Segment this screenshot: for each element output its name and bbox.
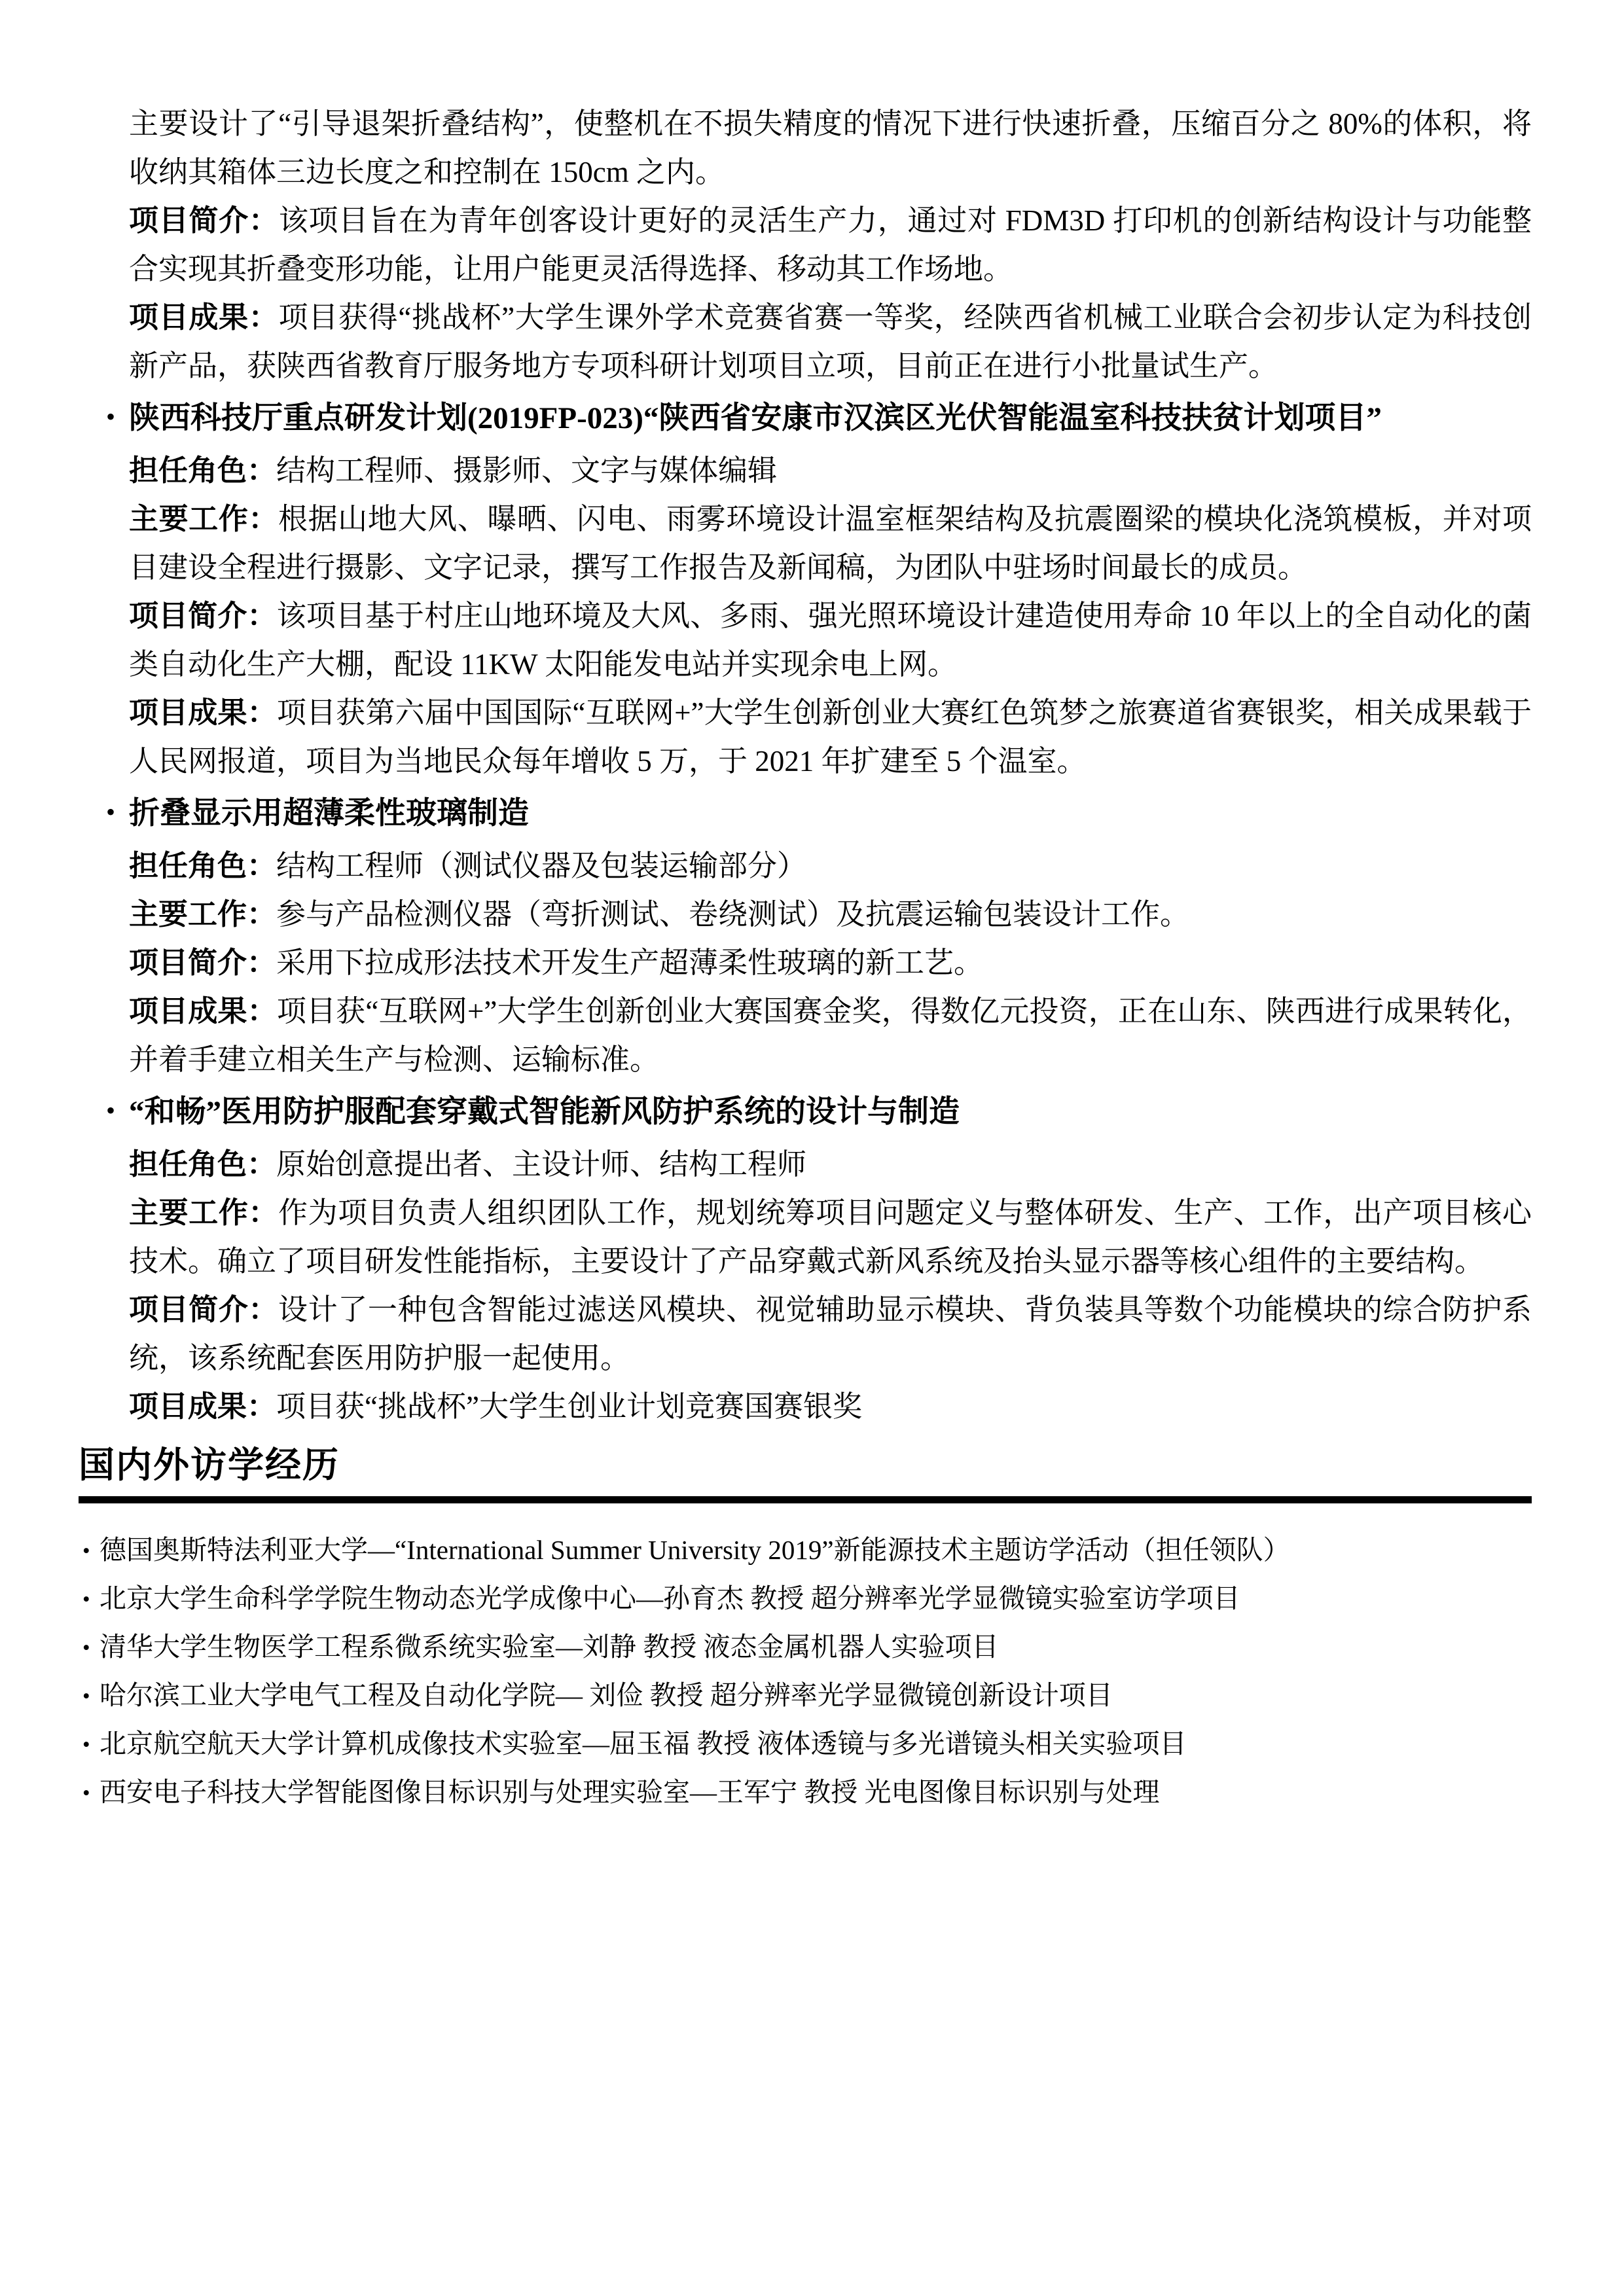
bullet-icon: • <box>106 1086 115 1135</box>
page-content: 主要设计了“引导退架折叠结构”，使整机在不损失精度的情况下进行快速折叠，压缩百分… <box>79 99 1532 1816</box>
list-item-text: 北京大学生命科学学院生物动态光学成像中心—孙育杰 教授 超分辨率光学显微镜实验室… <box>99 1583 1240 1613</box>
field-text: 原始创意提出者、主设计师、结构工程师 <box>276 1148 806 1181</box>
project-field: 项目成果：项目获第六届中国国际“互联网+”大学生创新创业大赛红色筑梦之旅赛道省赛… <box>129 689 1532 785</box>
visiting-list: •德国奥斯特法利亚大学—“International Summer Univer… <box>79 1526 1532 1816</box>
project-title-text: 折叠显示用超薄柔性玻璃制造 <box>129 797 529 831</box>
field-text: 项目获“互联网+”大学生创新创业大赛国赛金奖，得数亿元投资，正在山东、陕西进行成… <box>129 995 1532 1076</box>
field-label: 项目成果： <box>129 1390 276 1423</box>
bullet-icon: • <box>82 1769 90 1818</box>
list-item: •德国奥斯特法利亚大学—“International Summer Univer… <box>79 1526 1532 1574</box>
field-text: 设计了一种包含智能过滤送风模块、视觉辅助显示模块、背负装具等数个功能模块的综合防… <box>129 1293 1532 1374</box>
project-field: 项目成果：项目获“挑战杯”大学生创业计划竞赛国赛银奖 <box>129 1382 1532 1431</box>
field-text: 结构工程师、摄影师、文字与媒体编辑 <box>276 454 777 487</box>
project-field: 主要工作：根据山地大风、曝晒、闪电、雨雾环境设计温室框架结构及抗震圈梁的模块化浇… <box>129 495 1532 592</box>
bullet-icon: • <box>82 1721 90 1769</box>
field-label: 主要工作： <box>129 1196 278 1229</box>
project-title: •折叠显示用超薄柔性玻璃制造 <box>79 789 1532 838</box>
field-text: 参与产品检测仪器（弯折测试、卷绕测试）及抗震运输包装设计工作。 <box>276 898 1189 931</box>
list-item-text: 北京航空航天大学计算机成像技术实验室—屈玉福 教授 液体透镜与多光谱镜头相关实验… <box>99 1729 1187 1759</box>
field-text: 结构工程师（测试仪器及包装运输部分） <box>276 850 806 882</box>
project-field: 项目成果：项目获得“挑战杯”大学生课外学术竞赛省赛一等奖，经陕西省机械工业联合会… <box>129 293 1532 390</box>
project-title: •陕西科技厅重点研发计划(2019FP-023)“陕西省安康市汉滨区光伏智能温室… <box>79 394 1532 442</box>
field-label: 主要工作： <box>129 503 278 535</box>
field-text: 根据山地大风、曝晒、闪电、雨雾环境设计温室框架结构及抗震圈梁的模块化浇筑模板，并… <box>129 503 1532 584</box>
project-field: 项目简介：设计了一种包含智能过滤送风模块、视觉辅助显示模块、背负装具等数个功能模… <box>129 1285 1532 1382</box>
project-field: 担任角色：原始创意提出者、主设计师、结构工程师 <box>129 1140 1532 1189</box>
project-field: 主要工作：作为项目负责人组织团队工作，规划统筹项目问题定义与整体研发、生产、工作… <box>129 1189 1532 1285</box>
field-label: 项目成果： <box>129 995 277 1028</box>
project-title: •“和畅”医用防护服配套穿戴式智能新风防护系统的设计与制造 <box>79 1088 1532 1136</box>
project-field: 担任角色：结构工程师、摄影师、文字与媒体编辑 <box>129 446 1532 495</box>
project-field: 项目简介：该项目基于村庄山地环境及大风、多雨、强光照环境设计建造使用寿命 10 … <box>129 592 1532 689</box>
list-item: •清华大学生物医学工程系微系统实验室—刘静 教授 液态金属机器人实验项目 <box>79 1623 1532 1671</box>
project-field: 项目成果：项目获“互联网+”大学生创新创业大赛国赛金奖，得数亿元投资，正在山东、… <box>129 987 1532 1084</box>
list-item-text: 德国奥斯特法利亚大学—“International Summer Univers… <box>99 1535 1290 1565</box>
section-divider <box>79 1496 1532 1503</box>
project-title-text: “和畅”医用防护服配套穿戴式智能新风防护系统的设计与制造 <box>129 1095 960 1129</box>
list-item: •西安电子科技大学智能图像目标识别与处理实验室—王军宁 教授 光电图像目标识别与… <box>79 1768 1532 1816</box>
field-label: 担任角色： <box>129 1148 276 1181</box>
field-label: 项目简介： <box>129 204 279 237</box>
field-label: 主要工作： <box>129 898 276 931</box>
project-title-text: 陕西科技厅重点研发计划(2019FP-023)“陕西省安康市汉滨区光伏智能温室科… <box>129 401 1382 435</box>
paragraph-continuation: 主要设计了“引导退架折叠结构”，使整机在不损失精度的情况下进行快速折叠，压缩百分… <box>129 99 1532 196</box>
field-label: 项目成果： <box>129 696 277 729</box>
list-item: •北京大学生命科学学院生物动态光学成像中心—孙育杰 教授 超分辨率光学显微镜实验… <box>79 1574 1532 1623</box>
field-label: 担任角色： <box>129 850 276 882</box>
project-field: 项目简介：采用下拉成形法技术开发生产超薄柔性玻璃的新工艺。 <box>129 939 1532 987</box>
field-label: 项目简介： <box>129 600 277 632</box>
bullet-icon: • <box>82 1672 90 1721</box>
bullet-icon: • <box>82 1527 90 1575</box>
bullet-icon: • <box>106 788 115 836</box>
project-field: 主要工作：参与产品检测仪器（弯折测试、卷绕测试）及抗震运输包装设计工作。 <box>129 890 1532 939</box>
field-text: 作为项目负责人组织团队工作，规划统筹项目问题定义与整体研发、生产、工作，出产项目… <box>129 1196 1532 1278</box>
field-text: 项目获第六届中国国际“互联网+”大学生创新创业大赛红色筑梦之旅赛道省赛银奖，相关… <box>129 696 1532 778</box>
list-item-text: 清华大学生物医学工程系微系统实验室—刘静 教授 液态金属机器人实验项目 <box>99 1632 999 1662</box>
project-field: 项目简介：该项目旨在为青年创客设计更好的灵活生产力，通过对 FDM3D 打印机的… <box>129 196 1532 293</box>
list-item: •北京航空航天大学计算机成像技术实验室—屈玉福 教授 液体透镜与多光谱镜头相关实… <box>79 1719 1532 1768</box>
section-title: 国内外访学经历 <box>79 1437 1532 1494</box>
field-label: 担任角色： <box>129 454 276 487</box>
field-text: 项目获“挑战杯”大学生创业计划竞赛国赛银奖 <box>276 1390 862 1423</box>
field-label: 项目简介： <box>129 946 276 979</box>
field-text: 采用下拉成形法技术开发生产超薄柔性玻璃的新工艺。 <box>276 946 983 979</box>
field-text: 该项目基于村庄山地环境及大风、多雨、强光照环境设计建造使用寿命 10 年以上的全… <box>129 600 1532 681</box>
project-field: 担任角色：结构工程师（测试仪器及包装运输部分） <box>129 842 1532 890</box>
bullet-icon: • <box>106 393 115 441</box>
field-text: 该项目旨在为青年创客设计更好的灵活生产力，通过对 FDM3D 打印机的创新结构设… <box>129 204 1532 285</box>
list-item-text: 西安电子科技大学智能图像目标识别与处理实验室—王军宁 教授 光电图像目标识别与处… <box>99 1777 1160 1807</box>
field-label: 项目简介： <box>129 1293 278 1326</box>
field-label: 项目成果： <box>129 301 279 334</box>
field-text: 项目获得“挑战杯”大学生课外学术竞赛省赛一等奖，经陕西省机械工业联合会初步认定为… <box>129 301 1532 382</box>
list-item: •哈尔滨工业大学电气工程及自动化学院— 刘俭 教授 超分辨率光学显微镜创新设计项… <box>79 1671 1532 1719</box>
list-item-text: 哈尔滨工业大学电气工程及自动化学院— 刘俭 教授 超分辨率光学显微镜创新设计项目 <box>99 1680 1113 1710</box>
bullet-icon: • <box>82 1575 90 1624</box>
bullet-icon: • <box>82 1624 90 1672</box>
